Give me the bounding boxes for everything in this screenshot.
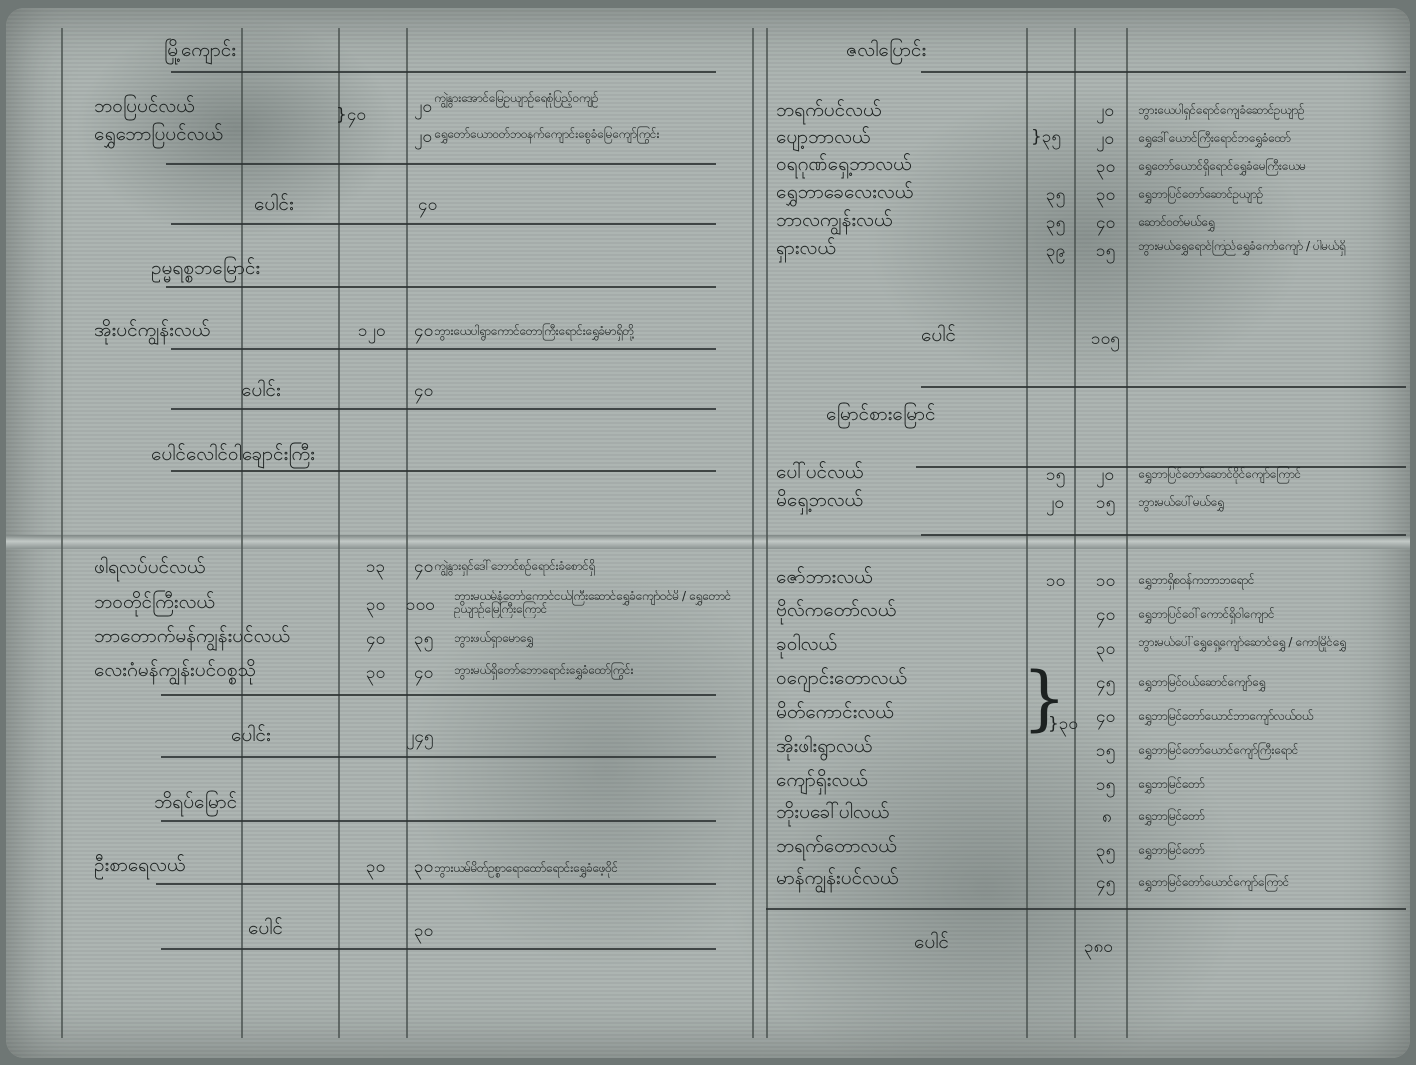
col-a-value: ၄၀ — [366, 628, 385, 653]
col-b-value: ၁၅ — [1096, 774, 1115, 799]
col-b-value: ၃၀ — [1096, 156, 1115, 181]
remark: ကျွဲနွားရှင်ဒေါ်ဘောင်စဉ်ရောင်းခံစောင်ရှိ — [434, 558, 734, 576]
remark: ကျွဲနွားအောင်မြေဥယျာဉ်ရေစုံပြည့်ဝကျဉ် — [434, 90, 734, 108]
remark: ရွှေဘာမြင်တော်ယောင်ကျော်ကြောင် — [1138, 874, 1403, 892]
row-rule — [166, 286, 716, 288]
field-name: ဘိုးပခေါ်ပါလယ် — [776, 800, 889, 828]
remark: ရွှေဘာမြင်တော် — [1138, 842, 1403, 860]
col-b-value: ၄၅ — [1096, 672, 1115, 697]
col-b-value: ၂၀ — [1096, 100, 1114, 125]
row-rule — [171, 470, 716, 472]
field-name: ဘာလကျွန်းလယ် — [776, 208, 892, 236]
remark: ဘွားဖယ်ရှာမောရွှေ — [454, 630, 734, 648]
remark: ရွှေဘာပြင်တော်ဆောင်ဥယျာဉ် — [1138, 186, 1403, 204]
col-b-value: ၃၀ — [1096, 638, 1115, 663]
col-b-value: ၄၀ — [1096, 604, 1115, 629]
remark: ဘွားမယ်ရွှေရောင်ကြည်ရွှေခံကော်ကျော် / ပါ… — [1138, 240, 1403, 268]
remark: ရွှေဘာမြင်တော် — [1138, 808, 1403, 826]
total-label: ပေါင် — [914, 930, 949, 958]
column-rule — [406, 28, 408, 1038]
col-b-value: ၄၀ — [414, 662, 433, 687]
col-b-value: ၄၀ — [1096, 212, 1115, 237]
col-a-value: ၃၅ — [1046, 184, 1065, 209]
section-heading: ပေါင်လေါင်ဝါချောင်းကြီး — [151, 442, 315, 470]
section-heading: ဘိရပ်မြောင် — [154, 790, 237, 818]
col-b-value: ၂၀ — [1096, 464, 1114, 489]
total-value: ၃၈၀ — [1084, 936, 1113, 961]
remark: ရွှေဘာမြင်တော် — [1138, 776, 1403, 794]
column-rule — [338, 28, 340, 1038]
row-rule — [921, 71, 1406, 73]
row-rule — [161, 756, 716, 758]
col-a-value: ၃၀ — [366, 662, 385, 687]
row-rule — [166, 163, 716, 165]
field-name: ဘာတောက်မန်ကျွန်းပင်လယ် — [94, 624, 290, 652]
remark: ဘွားမယ်ရှိတော်ဘောရောင်းရွှေခံထော်ကြွင်း — [454, 662, 734, 680]
remark: ရွှေတော်ယောဝတ်ဘဝနက်ကျောင်းစွေခံမြေကျော်က… — [434, 126, 734, 144]
field-name: ရှားလယ် — [776, 236, 836, 264]
field-name: လေးဂံမန်ကျွန်းပင်ဝစ္စသို — [94, 658, 256, 686]
remark: ဘွားမယမ်နံတော်ကောင်ငယ်ကြီးဆောင်ရွှေခံကျေ… — [454, 590, 734, 618]
total-value: ၃၀ — [414, 920, 433, 945]
col-a-value: ၁၅ — [1046, 464, 1065, 489]
row-rule — [156, 883, 716, 885]
field-name: ရွှေဘာခေလေးလယ် — [776, 180, 913, 208]
section-heading: မြောင်စားမြောင် — [826, 402, 936, 430]
section-heading: ဥမ္မရစ္စဘမြောင်း — [151, 256, 260, 284]
col-b-value: ၂၀ — [1096, 128, 1114, 153]
field-name: ပေါ်ပင်လယ် — [776, 460, 863, 488]
remark: ဘွားမယ်ပေါ်ရွှေရှေ့ကျော်ဆောင်ရွှေ / ကောမ… — [1138, 636, 1403, 664]
col-a-value: ၃၀ — [366, 594, 385, 619]
field-name: ကျော်ရှိးလယ် — [776, 768, 868, 796]
row-rule — [171, 348, 716, 350]
field-name: ဖါရလပ်ပင်လယ် — [94, 555, 205, 583]
col-b-value: ၁၅ — [1096, 740, 1115, 765]
total-value: ၂၄၅ — [406, 726, 433, 751]
field-name: ဝဂျောင်းတောလယ် — [776, 666, 907, 694]
col-a-value: ၁၀ — [1046, 570, 1065, 595]
col-a-value: }၄၀ — [336, 104, 366, 129]
column-rule — [1026, 28, 1028, 1038]
col-a-value: ၃၉ — [1046, 240, 1065, 265]
field-name: ဘဝတိုင်ကြီးလယ် — [94, 590, 215, 618]
col-b-value: ၃၀ — [1096, 184, 1115, 209]
total-label: ပေါင်း — [241, 378, 281, 406]
col-b-value: ၁၅ — [1096, 492, 1115, 517]
col-a-value: ၁၃ — [366, 556, 385, 581]
remark: ဘွားယေပါရှင်ရောင်ကျေခံဆောင်ဥယျာဉ် — [1138, 102, 1403, 120]
column-rule — [241, 28, 243, 1038]
field-name: ဗိုလ်ကတော်လယ် — [776, 598, 896, 626]
col-b-value: ၄၅ — [1096, 872, 1115, 897]
col-a-value: }၃၅ — [1031, 126, 1061, 151]
col-a-value: ၃၀ — [366, 856, 385, 881]
remark: ရွှေဘာပြင်ဝေါ်ကောင်ရှိဝါကျောင် — [1138, 606, 1403, 624]
column-rule — [1126, 28, 1128, 1038]
row-rule — [171, 223, 716, 225]
total-value: ၄၀ — [418, 194, 437, 219]
remark: ဘွားယမ်မိတ်ဥစ္စာရောထော်ရောင်းရွှေခံဖေ့ဝိ… — [434, 860, 734, 878]
col-b-value: ၂၀ — [414, 126, 432, 151]
field-name: ဝရဂုဏ်ရှေ့ဘာလယ် — [776, 152, 912, 180]
field-name: ဘရက်တောလယ် — [776, 834, 897, 862]
row-rule — [161, 948, 716, 950]
col-b-value: ၈ — [1102, 806, 1112, 831]
remark: ရွှေဘာပြင်တော်ဆောင်ဝိုင်ကျော်ကြောင် — [1138, 466, 1403, 484]
field-name: အိုးဖါးရွာလယ် — [776, 734, 872, 762]
field-name: ဇော်ဘားလယ် — [776, 565, 873, 593]
remark: ရွှေဘာရှိစဝန်ကဘာဘရောင် — [1138, 572, 1403, 590]
row-rule — [766, 908, 1406, 910]
remark: ဘွားမယ်ပေါ်မယ်ရွှေ — [1138, 494, 1403, 512]
col-a-value: }၃၀ — [1048, 713, 1078, 738]
field-name: ဘရက်ပင်လယ် — [776, 98, 881, 126]
column-rule — [766, 28, 768, 1038]
total-label: ပေါင်း — [254, 192, 294, 220]
section-heading: မြို့ကျောင်း — [164, 38, 236, 66]
col-b-value: ၃၅ — [414, 628, 433, 653]
remark: ရွှေဘာမြင်ဝယ်ဆောင်ကျော်ရွှေ — [1138, 674, 1403, 692]
col-b-value: ၁၀ — [1096, 570, 1115, 595]
col-a-value: ၂၀ — [1046, 492, 1064, 517]
col-b-value: ၃၀ — [414, 856, 433, 881]
total-value: ၁၀၅ — [1091, 328, 1120, 353]
center-rule — [752, 28, 754, 1038]
total-label: ပေါင်း — [231, 723, 271, 751]
total-label: ပေါင် — [921, 323, 956, 351]
row-rule — [171, 408, 716, 410]
ledger-sheet: မြို့ကျောင်း ဘဝပြပင်လယ် }၄၀ ၂၀ ကျွဲနွားအ… — [6, 8, 1410, 1058]
remark: ရွှေတော်ယောင်ရှိရောင်ရွှေခံမေကြီးယေမ — [1138, 158, 1403, 176]
row-rule — [171, 71, 716, 73]
total-value: ၄၀ — [414, 380, 433, 405]
col-a-value: ၁၂၀ — [358, 320, 385, 345]
row-rule — [161, 820, 716, 822]
col-b-value: ၄၀ — [1096, 706, 1115, 731]
field-name: မိတ်ကောင်းလယ် — [776, 700, 894, 728]
remark: ရွှေဘာမြင်တော်ယောင်ဘာကျော်လယ်ဝယ် — [1138, 708, 1403, 726]
field-name: မိရှေ့ဘလယ် — [776, 488, 863, 516]
remark: ဘွားယေပါရွာကောင်တောကြီးရောင်းရွှေခံမာရှိ… — [434, 323, 734, 341]
column-rule — [1074, 28, 1076, 1038]
col-b-value: ၁၀၀ — [406, 594, 435, 619]
row-rule — [921, 534, 1406, 536]
col-b-value: ၂၀ — [414, 96, 432, 121]
column-rule — [61, 28, 63, 1038]
row-rule — [921, 386, 1406, 388]
total-label: ပေါင် — [248, 916, 283, 944]
row-rule — [161, 694, 716, 696]
section-heading: ဇလါပြောင်း — [846, 38, 926, 66]
field-name: ရွှေဘောပြပင်လယ် — [94, 122, 223, 150]
field-name: အိုးပင်ကျွန်းလယ် — [94, 318, 210, 346]
col-b-value: ၄၀ — [414, 556, 433, 581]
col-a-value: ၃၅ — [1046, 212, 1065, 237]
page-fold — [6, 535, 1410, 549]
field-name: မာန်ကျွန်းပင်လယ် — [776, 866, 898, 894]
field-name: ပျော့ဘာလယ် — [776, 125, 870, 153]
field-name: ခုဝါလယ် — [776, 632, 837, 660]
col-b-value: ၃၅ — [1096, 840, 1115, 865]
field-name: ဘဝပြပင်လယ် — [94, 94, 195, 122]
col-b-value: ၄၀ — [414, 320, 433, 345]
col-b-value: ၁၅ — [1096, 240, 1115, 265]
remark: ဆောင်ဝတ်မယ်ရွှေ — [1138, 214, 1403, 232]
field-name: ဦးစာရေလယ် — [94, 853, 185, 881]
remark: ရွှေဘာမြင်တော်ယောင်ကျော်ကြီးရောင် — [1138, 742, 1403, 760]
remark: ရွှေဒေါ်ယောင်ကြီးရောင်ဘရွှေခံထော် — [1138, 130, 1403, 148]
